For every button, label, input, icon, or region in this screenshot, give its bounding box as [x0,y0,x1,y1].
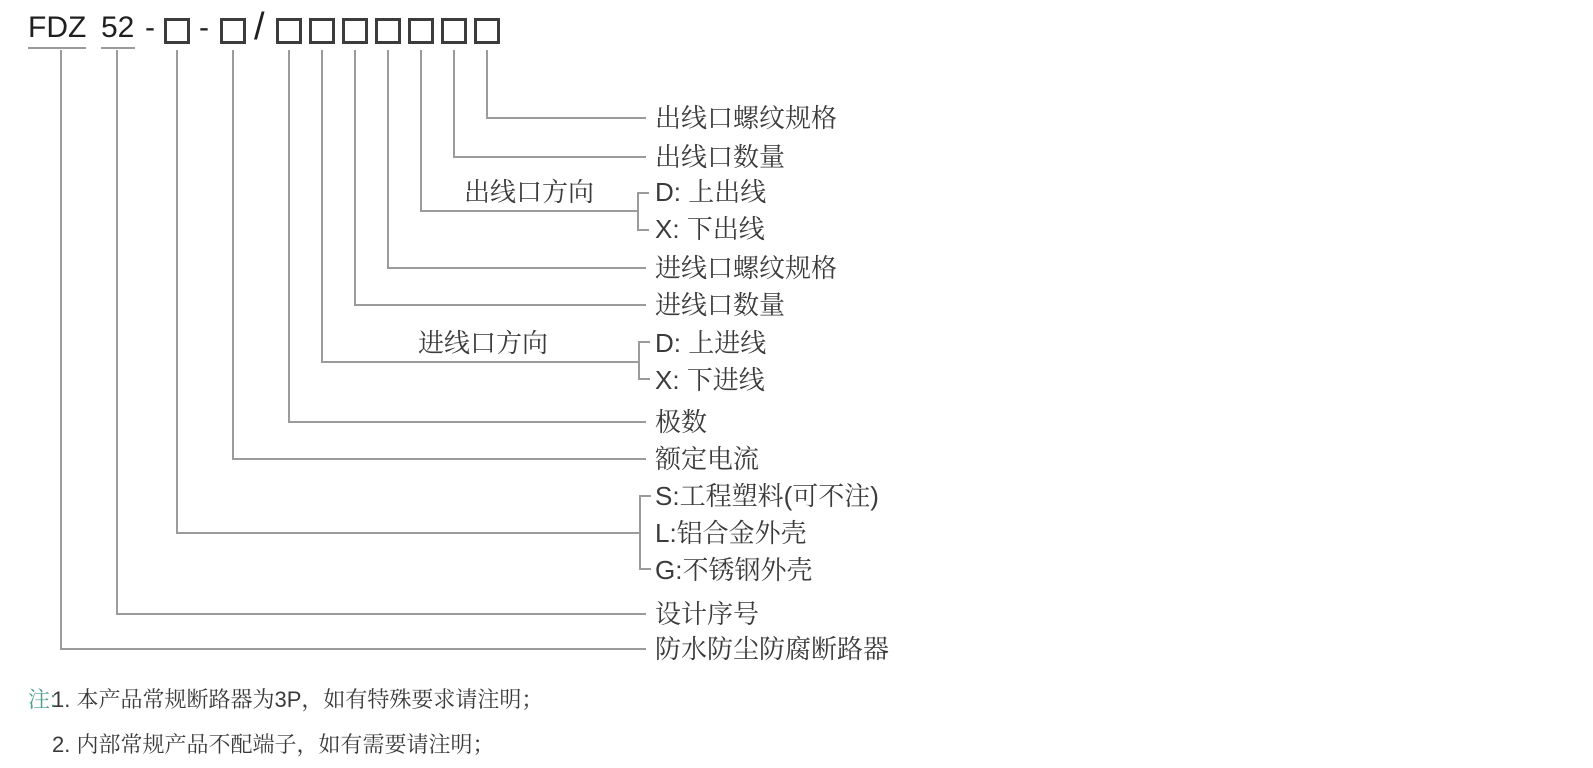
label-product-name: 防水防尘防腐断路器 [655,636,889,663]
model-code-diagram: FDZ 52 - - / [0,0,1593,768]
model-placeholder-box-outlet-count [441,18,467,44]
label-poles: 极数 [655,409,707,436]
model-dash-1: - [145,12,155,44]
label-material-l: L:铝合金外壳 [655,520,807,547]
model-placeholder-box-poles [276,18,302,44]
note-item-1: 1. 本产品常规断路器为3P，如有特殊要求请注明； [52,688,543,712]
label-inlet-thread-spec: 进线口螺纹规格 [655,255,837,282]
model-placeholder-box-material [164,18,190,44]
label-outlet-count: 出线口数量 [655,144,785,171]
model-placeholder-box-outlet-thread [474,18,500,44]
model-placeholder-box-inlet-count [342,18,368,44]
label-inlet-direction-x: X: 下进线 [655,367,765,394]
label-material-g: G:不锈钢外壳 [655,557,812,584]
model-placeholder-box-inlet-thread [375,18,401,44]
model-series: 52 [101,12,134,44]
model-dash-2: - [199,12,209,44]
label-inlet-direction: 进线口方向 [418,330,548,357]
label-outlet-thread-spec: 出线口螺纹规格 [655,105,837,132]
model-slash: / [254,8,265,46]
model-placeholder-box-inlet-direction [309,18,335,44]
label-design-serial: 设计序号 [655,601,759,628]
label-rated-current: 额定电流 [655,446,759,473]
label-material-s: S:工程塑料(可不注) [655,483,879,510]
label-outlet-direction-x: X: 下出线 [655,216,765,243]
underline-series [101,47,135,49]
label-inlet-count: 进线口数量 [655,292,785,319]
note-item-2: 2. 内部常规产品不配端子，如有需要请注明； [52,733,494,757]
model-placeholder-box-outlet-direction [408,18,434,44]
label-inlet-direction-d: D: 上进线 [655,330,766,357]
model-prefix: FDZ [28,12,86,44]
model-placeholder-box-rated-current [220,18,246,44]
underline-prefix [28,47,86,49]
label-outlet-direction: 出线口方向 [464,179,594,206]
label-outlet-direction-d: D: 上出线 [655,179,766,206]
